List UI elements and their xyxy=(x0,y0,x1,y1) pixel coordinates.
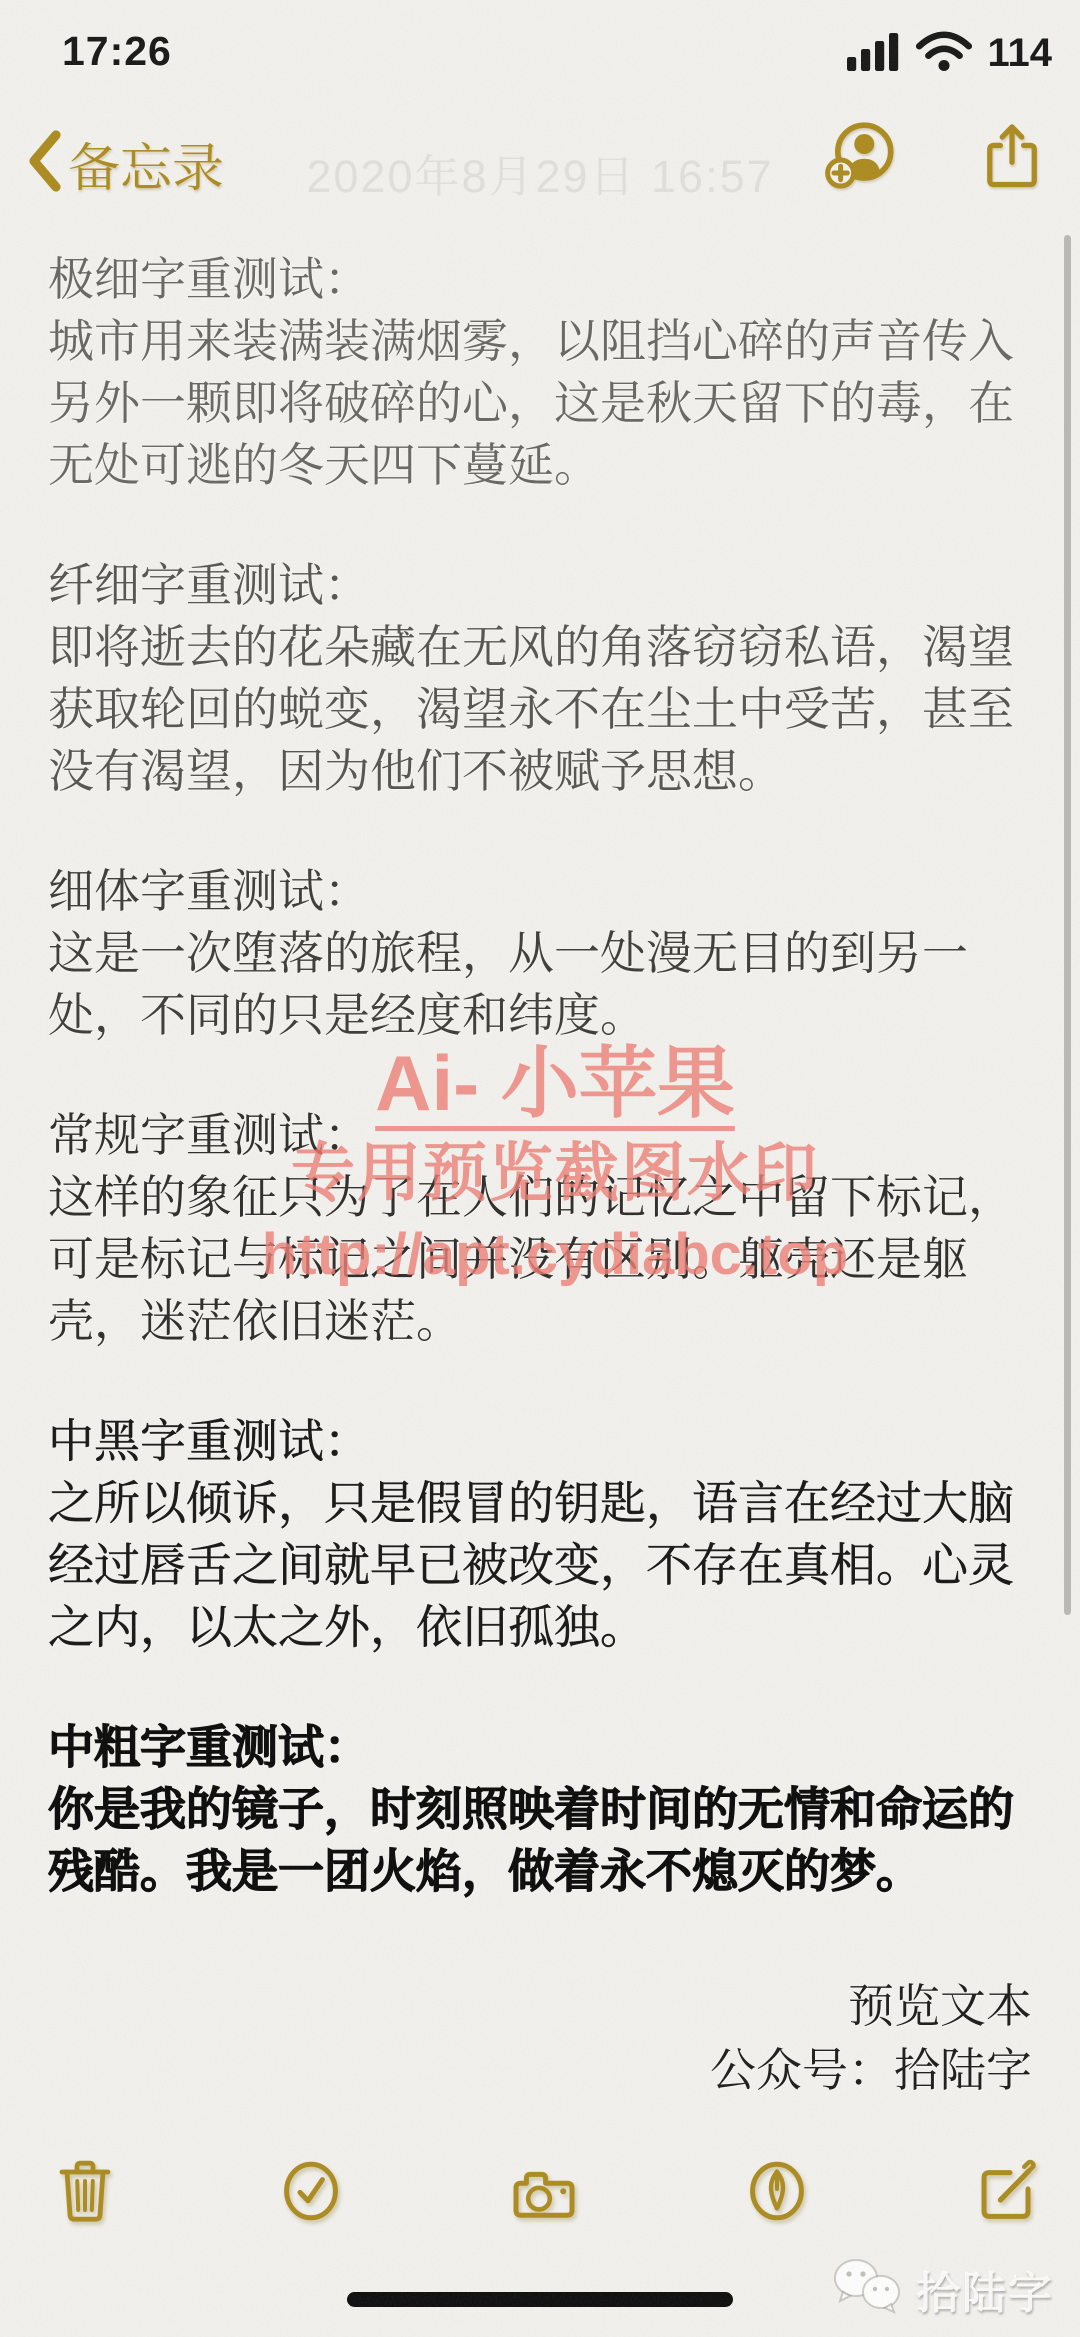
block-heading: 极细字重测试： xyxy=(48,248,1032,310)
weight-test-block-thin: 纤细字重测试： 即将逝去的花朵藏在无风的角落窃窃私语，渴望获取轮回的蜕变，渴望永… xyxy=(48,554,1032,802)
compose-icon[interactable] xyxy=(970,2154,1040,2233)
nav-bar: 备忘录 2020年8月29日 16:57 xyxy=(0,118,1080,228)
block-heading: 细体字重测试： xyxy=(48,860,1032,922)
block-heading: 纤细字重测试： xyxy=(48,554,1032,616)
weight-test-block-medium: 中黑字重测试： 之所以倾诉，只是假冒的钥匙，语言在经过大脑经过唇舌之间就早已被改… xyxy=(48,1410,1032,1658)
wechat-logo-icon xyxy=(830,2255,906,2322)
block-heading: 中黑字重测试： xyxy=(48,1410,1032,1472)
checklist-circle-icon[interactable] xyxy=(278,2154,344,2233)
weight-test-block-regular: 常规字重测试： 这样的象征只为了在人们的记忆之中留下标记，可是标记与标记之间并没… xyxy=(48,1104,1032,1352)
wifi-icon xyxy=(915,30,973,77)
weight-test-block-light: 细体字重测试： 这是一次堕落的旅程，从一处漫无目的到另一处，不同的只是经度和纬度… xyxy=(48,860,1032,1046)
cellular-signal-icon xyxy=(847,31,901,76)
block-body: 这是一次堕落的旅程，从一处漫无目的到另一处，不同的只是经度和纬度。 xyxy=(48,922,1032,1046)
note-signature: 预览文本 公众号：拾陆字 xyxy=(48,1974,1032,2102)
add-person-collaborate-icon[interactable] xyxy=(822,118,900,201)
block-body: 之所以倾诉，只是假冒的钥匙，语言在经过大脑经过唇舌之间就早已被改变，不存在真相。… xyxy=(48,1472,1032,1658)
block-body: 城市用来装满装满烟雾，以阻挡心碎的声音传入另外一颗即将破碎的心，这是秋天留下的毒… xyxy=(48,310,1032,496)
signature-line: 公众号：拾陆字 xyxy=(48,2038,1032,2102)
weight-test-block-ultralight: 极细字重测试： 城市用来装满装满烟雾，以阻挡心碎的声音传入另外一颗即将破碎的心，… xyxy=(48,248,1032,496)
battery-level: 114 xyxy=(987,31,1052,76)
camera-icon[interactable] xyxy=(504,2158,584,2229)
markup-pen-icon[interactable] xyxy=(744,2154,810,2233)
weight-test-block-semibold: 中粗字重测试： 你是我的镜子，时刻照映着时间的无情和命运的残酷。我是一团火焰，做… xyxy=(48,1716,1032,1902)
note-editor[interactable]: 极细字重测试： 城市用来装满装满烟雾，以阻挡心碎的声音传入另外一颗即将破碎的心，… xyxy=(48,248,1032,2102)
signature-line: 预览文本 xyxy=(48,1974,1032,2038)
clock-time: 17:26 xyxy=(62,28,172,75)
scrollbar[interactable] xyxy=(1064,235,1071,1615)
trash-icon[interactable] xyxy=(52,2154,118,2233)
bottom-toolbar xyxy=(52,2148,1040,2238)
wechat-account-watermark: 拾陆字 xyxy=(830,2255,1054,2322)
home-indicator[interactable] xyxy=(347,2292,733,2307)
status-bar: 17:26 114 xyxy=(0,0,1080,95)
notes-app-screen: 17:26 114 xyxy=(0,0,1080,2337)
wechat-account-name: 拾陆字 xyxy=(916,2257,1054,2321)
status-indicators: 114 xyxy=(847,30,1052,77)
block-body: 你是我的镜子，时刻照映着时间的无情和命运的残酷。我是一团火焰，做着永不熄灭的梦。 xyxy=(48,1778,1032,1902)
block-heading: 中粗字重测试： xyxy=(48,1716,1032,1778)
block-heading: 常规字重测试： xyxy=(48,1104,1032,1166)
block-body: 即将逝去的花朵藏在无风的角落窃窃私语，渴望获取轮回的蜕变，渴望永不在尘土中受苦，… xyxy=(48,616,1032,802)
share-icon[interactable] xyxy=(976,118,1048,201)
block-body: 这样的象征只为了在人们的记忆之中留下标记，可是标记与标记之间并没有区别。躯壳还是… xyxy=(48,1166,1032,1352)
